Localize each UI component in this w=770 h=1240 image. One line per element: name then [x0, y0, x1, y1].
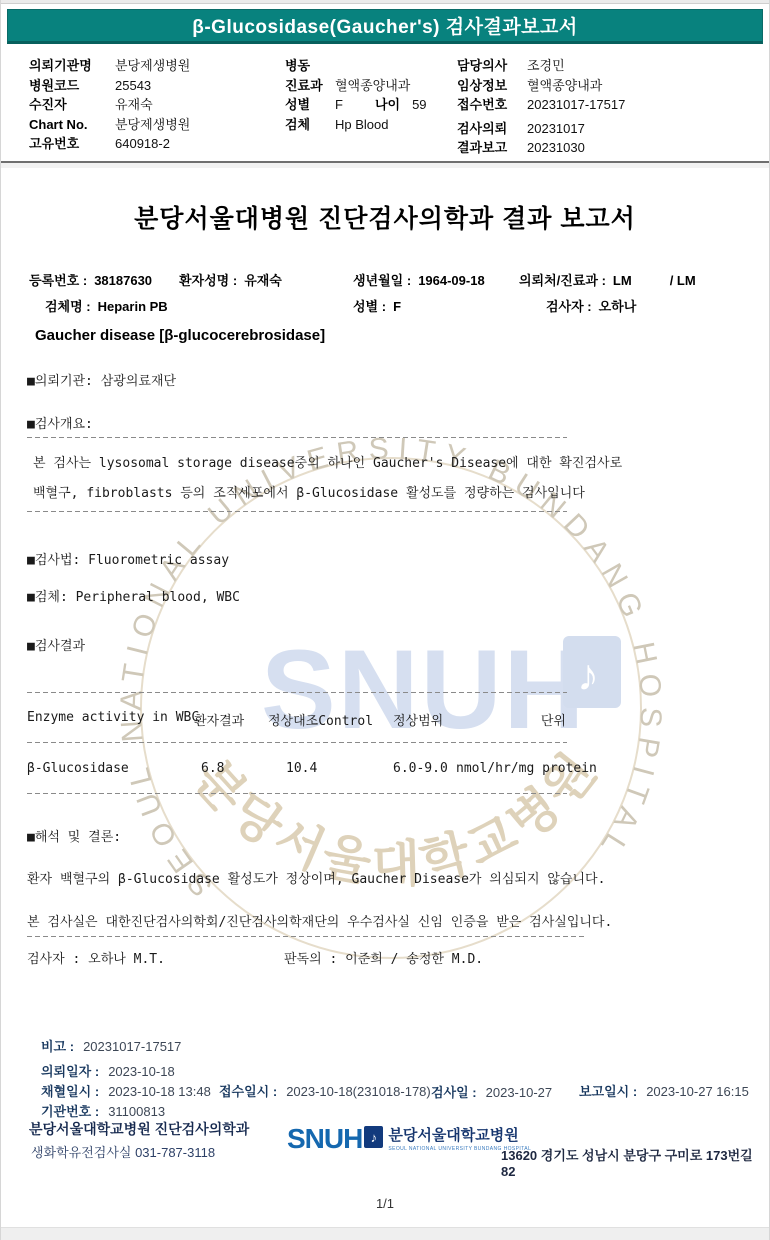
- report-title-bar: β-Glucosidase(Gaucher's) 검사결과보고서: [7, 9, 763, 44]
- table-header-unit: 단위: [506, 710, 566, 729]
- field-unique-no: 고유번호640918-2: [29, 134, 190, 154]
- footer-address: 13620 경기도 성남시 분당구 구미로 173번길 82: [501, 1145, 769, 1179]
- body-accreditation: 본 검사실은 대한진단검사의학회/진단검사의학재단의 우수검사실 신임 인증을 …: [27, 911, 612, 930]
- table-header-patient-result: 환자결과: [194, 710, 244, 729]
- report-title-bar-text: β-Glucosidase(Gaucher's) 검사결과보고서: [192, 12, 578, 39]
- page-number: 1/1: [1, 1196, 769, 1211]
- watermark-logo-square: [563, 636, 621, 708]
- field-order-date: 검사의뢰20231017: [457, 119, 625, 139]
- field-hospital-code: 병원코드25543: [29, 76, 190, 96]
- top-strip: [1, 0, 769, 4]
- footer-department: 분당서울대학교병원 진단검사의학과: [29, 1119, 249, 1139]
- footer-receipt-datetime: 접수일시 :2023-10-18(231018-178): [219, 1081, 431, 1100]
- snuh-logo-korean-name: 분당서울대학교병원: [388, 1128, 531, 1144]
- snuh-logo: SNUH ♪ 분당서울대학교병원 SEOUL NATIONAL UNIVERSI…: [287, 1126, 531, 1152]
- table-header-test: Enzyme activity in WBC: [27, 710, 199, 725]
- section-divider-shadow: [1, 163, 769, 168]
- field-patient: 수진자유재숙: [29, 95, 190, 115]
- bottom-strip: [1, 1227, 769, 1240]
- table-rule-top: [27, 692, 567, 694]
- table-cell-unit: nmol/hr/mg protein: [456, 761, 597, 776]
- body-result-title: ■검사결과: [27, 635, 85, 654]
- patient-sex: 성별 :F: [353, 296, 401, 315]
- patient-reg-no: 등록번호 :38187630: [29, 270, 152, 289]
- patient-birthdate: 생년월일 :1964-09-18: [353, 270, 485, 289]
- dashed-rule: [27, 437, 567, 439]
- header-info-col2: 병동 진료과혈액종양내과 성별F나이59 검체Hp Blood: [285, 56, 427, 134]
- dashed-rule: [27, 511, 567, 513]
- table-rule-mid: [27, 742, 567, 744]
- table-cell-test-name: β-Glucosidase: [27, 761, 129, 776]
- main-report-title: 분당서울대병원 진단검사의학과 결과 보고서: [1, 199, 769, 235]
- field-clinical-info: 임상정보혈액종양내과: [457, 76, 625, 96]
- body-interpretation-title: ■해석 및 결론:: [27, 826, 121, 845]
- patient-specimen-name: 검체명 :Heparin PB: [45, 296, 168, 315]
- table-rule-bottom: [27, 793, 567, 795]
- field-receipt-no: 접수번호20231017-17517: [457, 95, 625, 115]
- footer-note: 비고 :20231017-17517: [41, 1036, 181, 1055]
- footer-org-number: 기관번호 :31100813: [41, 1101, 165, 1120]
- field-sex-age: 성별F나이59: [285, 95, 427, 115]
- patient-referrer: 의뢰처/진료과 :LM/ LM: [519, 270, 696, 289]
- footer-lab-phone: 생화학유전검사실 031-787-3118: [31, 1142, 215, 1161]
- watermark-ring-text: SEOUL NATIONAL UNIVERSITY BUNDANG HOSPIT…: [115, 432, 668, 902]
- field-referring-org: 의뢰기관명분당제생병원: [29, 56, 190, 76]
- body-overview-line1: 본 검사는 lysosomal storage disease중의 하나인 Ga…: [33, 452, 622, 471]
- field-specimen-type: 검체Hp Blood: [285, 115, 427, 135]
- header-info-col1: 의뢰기관명분당제생병원 병원코드25543 수진자유재숙 Chart No.분당…: [29, 56, 190, 154]
- snuh-logo-note-icon: ♪: [364, 1126, 383, 1148]
- lab-report-page: SEOUL NATIONAL UNIVERSITY BUNDANG HOSPIT…: [0, 0, 770, 1240]
- watermark-snuh-wordmark: SNUH: [261, 627, 586, 752]
- signature-technologist: 검사자 : 오하나 M.T.: [27, 948, 165, 967]
- field-doctor: 담당의사조경민: [457, 56, 625, 76]
- snuh-logo-wordmark: SNUH: [287, 1126, 362, 1152]
- table-cell-control: 10.4: [286, 761, 317, 776]
- test-name: Gaucher disease [β-glucocerebrosidase]: [35, 327, 325, 344]
- dashed-rule: [27, 936, 587, 938]
- watermark-logo-note-icon: ♪: [577, 651, 599, 700]
- footer-report-datetime: 보고일시 :2023-10-27 16:15: [579, 1081, 749, 1100]
- footer-collection-datetime: 채혈일시 :2023-10-18 13:48: [41, 1081, 211, 1100]
- field-ward: 병동: [285, 56, 427, 76]
- patient-examiner: 검사자 :오하나: [546, 296, 636, 315]
- body-interpretation-line: 환자 백혈구의 β-Glucosidase 활성도가 정상이며, Gaucher…: [27, 868, 605, 887]
- field-chart-no: Chart No.분당제생병원: [29, 115, 190, 135]
- table-cell-normal-range: 6.0-9.0: [393, 761, 448, 776]
- table-cell-patient-result: 6.8: [201, 761, 224, 776]
- footer-request-date: 의뢰일자 :2023-10-18: [41, 1061, 175, 1080]
- field-result-date: 결과보고20231030: [457, 138, 625, 158]
- header-info-col3: 담당의사조경민 임상정보혈액종양내과 접수번호20231017-17517 검사…: [457, 56, 625, 158]
- snuh-logo-english-name: SEOUL NATIONAL UNIVERSITY BUNDANG HOSPIT…: [388, 1146, 531, 1152]
- signature-pathologist: 판독의 : 이준희 / 송정한 M.D.: [284, 948, 483, 967]
- body-specimen: ■검체: Peripheral blood, WBC: [27, 586, 240, 605]
- footer-test-date: 검사일 :2023-10-27: [431, 1082, 552, 1101]
- body-overview-title: ■검사개요:: [27, 413, 93, 432]
- table-header-control: 정상대조Control: [268, 710, 373, 729]
- patient-name: 환자성명 :유재숙: [179, 270, 282, 289]
- body-overview-line2: 백혈구, fibroblasts 등의 조직세포에서 β-Glucosidase…: [33, 482, 585, 501]
- body-method: ■검사법: Fluorometric assay: [27, 549, 229, 568]
- table-header-normal-range: 정상범위: [393, 710, 443, 729]
- field-department: 진료과혈액종양내과: [285, 76, 427, 96]
- body-referring-org: ■의뢰기관: 삼광의료재단: [27, 370, 176, 389]
